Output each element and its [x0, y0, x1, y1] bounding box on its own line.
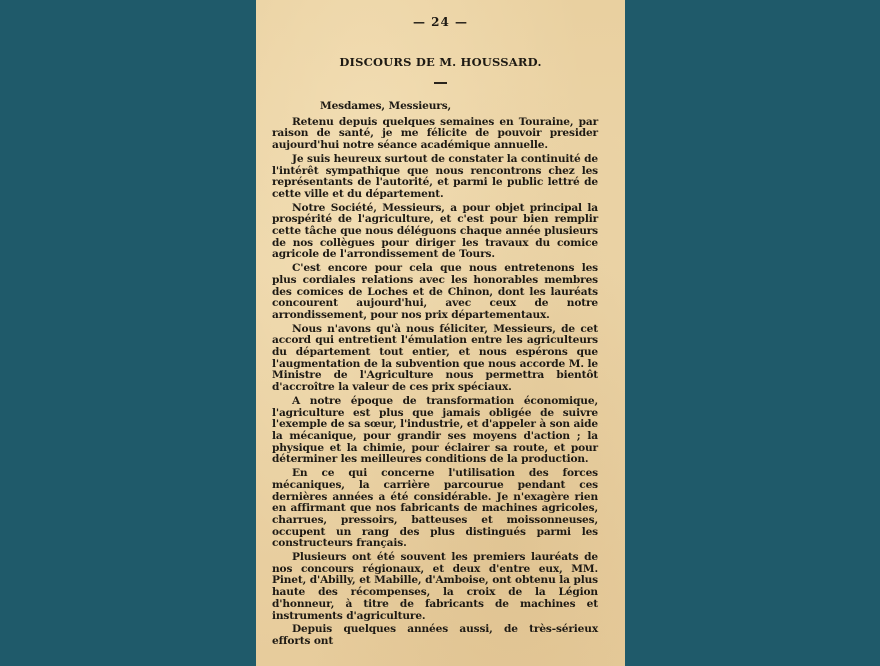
page-number: — 24 — — [256, 15, 625, 29]
paragraph: Retenu depuis quelques semaines en Toura… — [272, 117, 598, 152]
title-divider — [434, 82, 447, 84]
page-title: DISCOURS DE M. HOUSSARD. — [256, 55, 625, 69]
paragraph: Depuis quelques années aussi, de très-sé… — [272, 624, 598, 647]
paragraph: Notre Société, Messieurs, a pour objet p… — [272, 203, 598, 262]
paragraph: Plusieurs ont été souvent les premiers l… — [272, 552, 598, 622]
paragraph: Nous n'avons qu'à nous féliciter, Messie… — [272, 324, 598, 394]
speech-body: Mesdames, Messieurs, Retenu depuis quelq… — [272, 101, 598, 650]
scanned-page: — 24 — DISCOURS DE M. HOUSSARD. Mesdames… — [256, 0, 625, 666]
paragraph: C'est encore pour cela que nous entreten… — [272, 263, 598, 322]
greeting: Mesdames, Messieurs, — [320, 101, 598, 113]
paragraph: Je suis heureux surtout de constater la … — [272, 154, 598, 201]
paragraph: A notre époque de transformation économi… — [272, 396, 598, 466]
paragraph: En ce qui concerne l'utilisation des for… — [272, 468, 598, 550]
